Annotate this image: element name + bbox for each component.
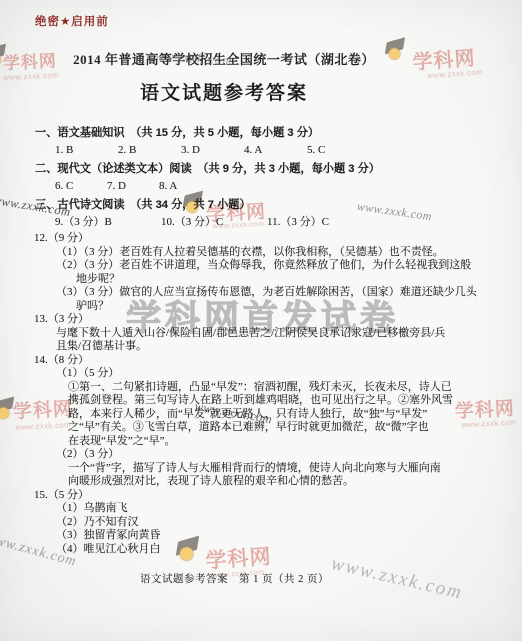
choice-answer: 9.（3 分）B — [55, 216, 161, 230]
classification-label: 绝密★启用前 — [35, 13, 109, 29]
answer-line: （4）唯见江心秋月白 — [56, 543, 522, 557]
answer-line: 14.（8 分） — [34, 354, 522, 368]
choice-answer: 2. B — [118, 144, 181, 158]
answer-line: 13.（3 分） — [34, 313, 522, 327]
answer-line: 12.（9 分） — [34, 232, 522, 246]
choice-answer: 6. C — [55, 180, 107, 194]
zxxk-site-name: 学科网 — [411, 42, 476, 75]
choice-answer: 4. A — [244, 144, 307, 158]
page-title: 语文试题参考答案 — [28, 78, 420, 105]
answer-line: （2）（3 分）老百姓不讲道理，当众侮辱我，你竟然释放了他们，为什么轻视我到这般 — [56, 259, 522, 273]
answer-line: 三、古代诗文阅读 （共 34 分，共 7 小题） — [35, 199, 522, 213]
answer-line: 向暖形成强烈对比，表现了诗人旅程的艰辛和心情的愁苦。 — [68, 475, 522, 489]
answer-line: 与麾下数十人遁入山谷/保险自固/郡邑患苦之/江阴侯吴良承诏求寇/已移檄旁县/兵 — [56, 327, 522, 341]
answer-line: （2）乃不知有汉 — [56, 516, 522, 530]
graduation-cap-icon — [0, 45, 9, 66]
page-footer: 语文试题参考答案 第 1 页（共 2 页） — [140, 571, 329, 586]
answer-line: 一、语文基础知识 （共 15 分，共 5 小题，每小题 3 分） — [35, 127, 522, 141]
answer-line: 在表现“早发”之“早”。 — [68, 435, 522, 449]
answer-choices-row: 9.（3 分）B10.（3 分）C11.（3 分）C — [55, 216, 522, 230]
answer-line: （3）（3 分）做官的人应当宣扬传布恩德，为老百姓解除困苦，（国家）难道还缺少几… — [56, 286, 522, 300]
answer-line: 驴吗？ — [76, 300, 522, 314]
answer-line: （1）（3 分）老百姓有人拉着吴德基的衣襟，以你我相称，（吴德基）也不责怪。 — [56, 246, 522, 260]
answer-line: 一个“背”字，描写了诗人与大雁相背而行的情境，使诗人向北向寒与大雁向南 — [68, 462, 522, 476]
zxxk-url: www.zxxk.com — [427, 67, 483, 80]
answer-choices-row: 1. B2. B3. D4. A5. C — [55, 144, 522, 158]
answer-line: 之“早”有关。③飞雪白草，道路本已难辨，早行时就更加微茫，故“微”字也 — [68, 421, 522, 435]
answer-line: （2）（3 分） — [56, 448, 522, 462]
zxxk-url-watermark-bottom-right: www.zxxk.com — [329, 553, 465, 605]
answer-line: 携孤剑登程。第三句写诗人在路上听到雄鸡唱晓，也可见出行之早。②塞外风雪 — [68, 394, 522, 408]
choice-answer: 1. B — [55, 144, 118, 158]
choice-answer: 10.（3 分）C — [161, 216, 267, 230]
answer-line: 地步呢？ — [76, 273, 522, 287]
answer-line: ①第一、二句紧扣诗题，凸显“早发”：宿酒初醒，残灯未灭，长夜未尽，诗人已 — [68, 381, 522, 395]
answer-line: 二、现代文（论述类文本）阅读 （共 9 分，共 3 小题，每小题 3 分） — [35, 163, 522, 177]
choice-answer: 11.（3 分）C — [267, 216, 373, 230]
choice-answer: 8. A — [159, 180, 211, 194]
choice-answer: 7. D — [107, 180, 159, 194]
answer-choices-row: 6. C7. D8. A — [55, 180, 522, 194]
scanned-page: 学科网首发试卷 学科网 www.zxxk.com 学科网 www.zxxk.co… — [0, 0, 522, 641]
exam-title: 2014 年普通高等学校招生全国统一考试（湖北卷） — [28, 49, 420, 68]
answer-line: （1）（5 分） — [56, 367, 522, 381]
choice-answer: 3. D — [181, 144, 244, 158]
answer-line: 路，本来行人稀少，而“早发”就更无路人，只有诗人独行，故“独”与“早发” — [68, 408, 522, 422]
answer-line: 且集/召德基计事。 — [56, 340, 522, 354]
answer-line: （3）独留青冢向黄昏 — [56, 529, 522, 543]
answer-line: （1）乌鹊南飞 — [56, 502, 522, 516]
answer-line: 15.（5 分） — [34, 489, 522, 503]
answer-body: 一、语文基础知识 （共 15 分，共 5 小题，每小题 3 分）1. B2. B… — [0, 121, 522, 556]
choice-answer: 5. C — [307, 144, 370, 158]
